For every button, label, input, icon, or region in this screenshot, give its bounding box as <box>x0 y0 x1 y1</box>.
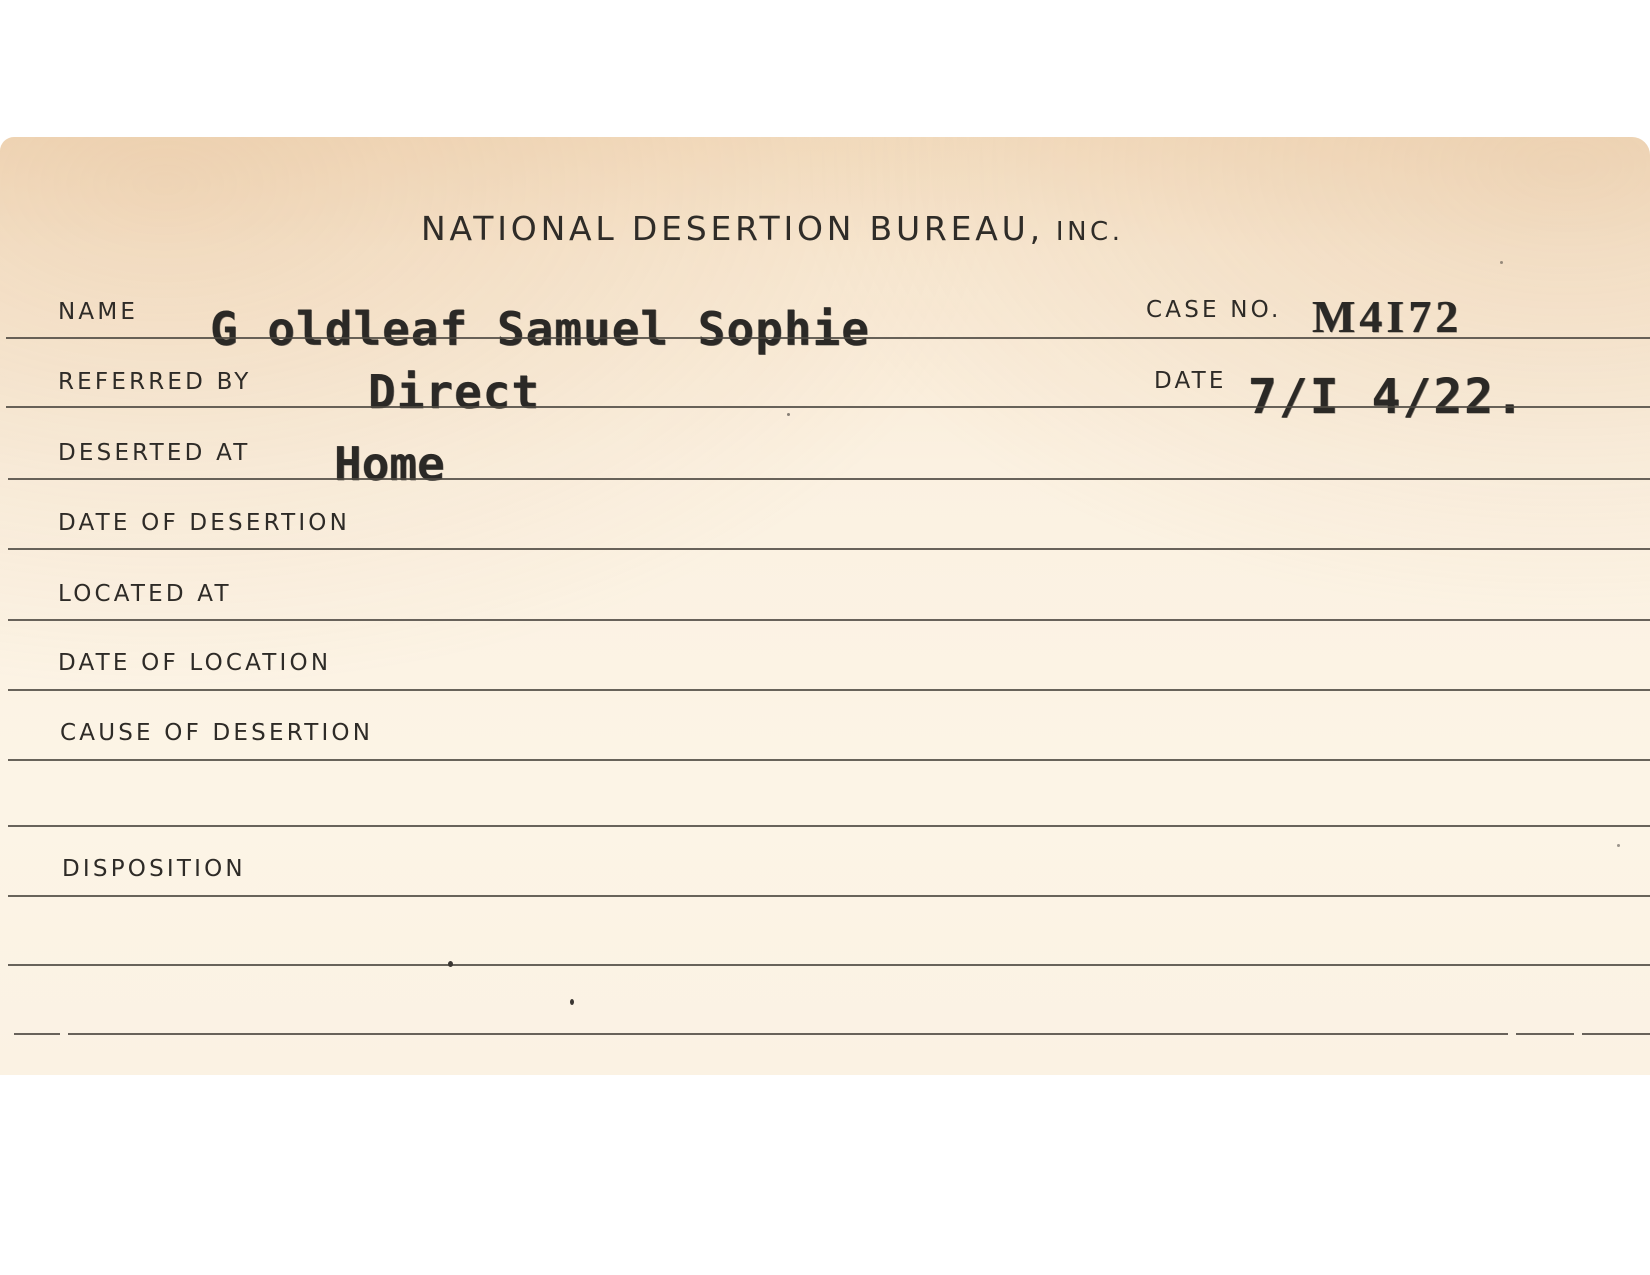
bottom-rule-segment-1 <box>14 1033 60 1035</box>
card-title: NATIONAL DESERTION BUREAU,INC. <box>421 209 1123 248</box>
located-at-rule <box>8 619 1650 621</box>
ink-speck <box>448 961 453 967</box>
card-title-main: NATIONAL DESERTION BUREAU, <box>421 209 1044 248</box>
referred-by-label: REFERRED BY <box>58 369 252 395</box>
date-of-desertion-label: DATE OF DESERTION <box>58 510 350 536</box>
bottom-rule-segment-2 <box>68 1033 1508 1035</box>
ink-speck <box>1500 261 1503 264</box>
card-title-suffix: INC. <box>1056 217 1124 247</box>
date-value: 7/I 4/22. <box>1248 369 1526 425</box>
date-of-location-rule <box>8 689 1650 691</box>
cause-of-desertion-label: CAUSE OF DESERTION <box>60 720 373 746</box>
name-rule <box>6 337 1650 339</box>
name-label: NAME <box>58 299 138 325</box>
deserted-at-value: Home <box>334 437 445 491</box>
referred-by-value: Direct <box>368 365 540 419</box>
date-of-desertion-rule <box>8 548 1650 550</box>
disposition-label: DISPOSITION <box>62 856 246 882</box>
case-no-value: M4I72 <box>1312 290 1462 343</box>
bottom-rule-segment-3 <box>1516 1033 1574 1035</box>
disposition-rule <box>8 895 1650 897</box>
cause-of-desertion-rule <box>8 759 1650 761</box>
ink-speck <box>570 999 574 1005</box>
date-label: DATE <box>1154 368 1227 394</box>
case-no-label: CASE NO. <box>1146 297 1282 323</box>
ink-speck <box>1617 844 1620 847</box>
name-value: G oldleaf Samuel Sophie <box>210 302 870 356</box>
ink-speck <box>787 413 790 416</box>
referred-by-rule <box>6 406 1650 408</box>
date-of-location-label: DATE OF LOCATION <box>58 650 331 676</box>
disposition-rule-2 <box>8 964 1650 966</box>
index-card: NATIONAL DESERTION BUREAU,INC. NAME G ol… <box>0 137 1650 1075</box>
deserted-at-label: DESERTED AT <box>58 440 250 466</box>
located-at-label: LOCATED AT <box>58 581 232 607</box>
bottom-rule-segment-4 <box>1582 1033 1650 1035</box>
deserted-at-rule <box>8 478 1650 480</box>
cause-of-desertion-rule-2 <box>8 825 1650 827</box>
